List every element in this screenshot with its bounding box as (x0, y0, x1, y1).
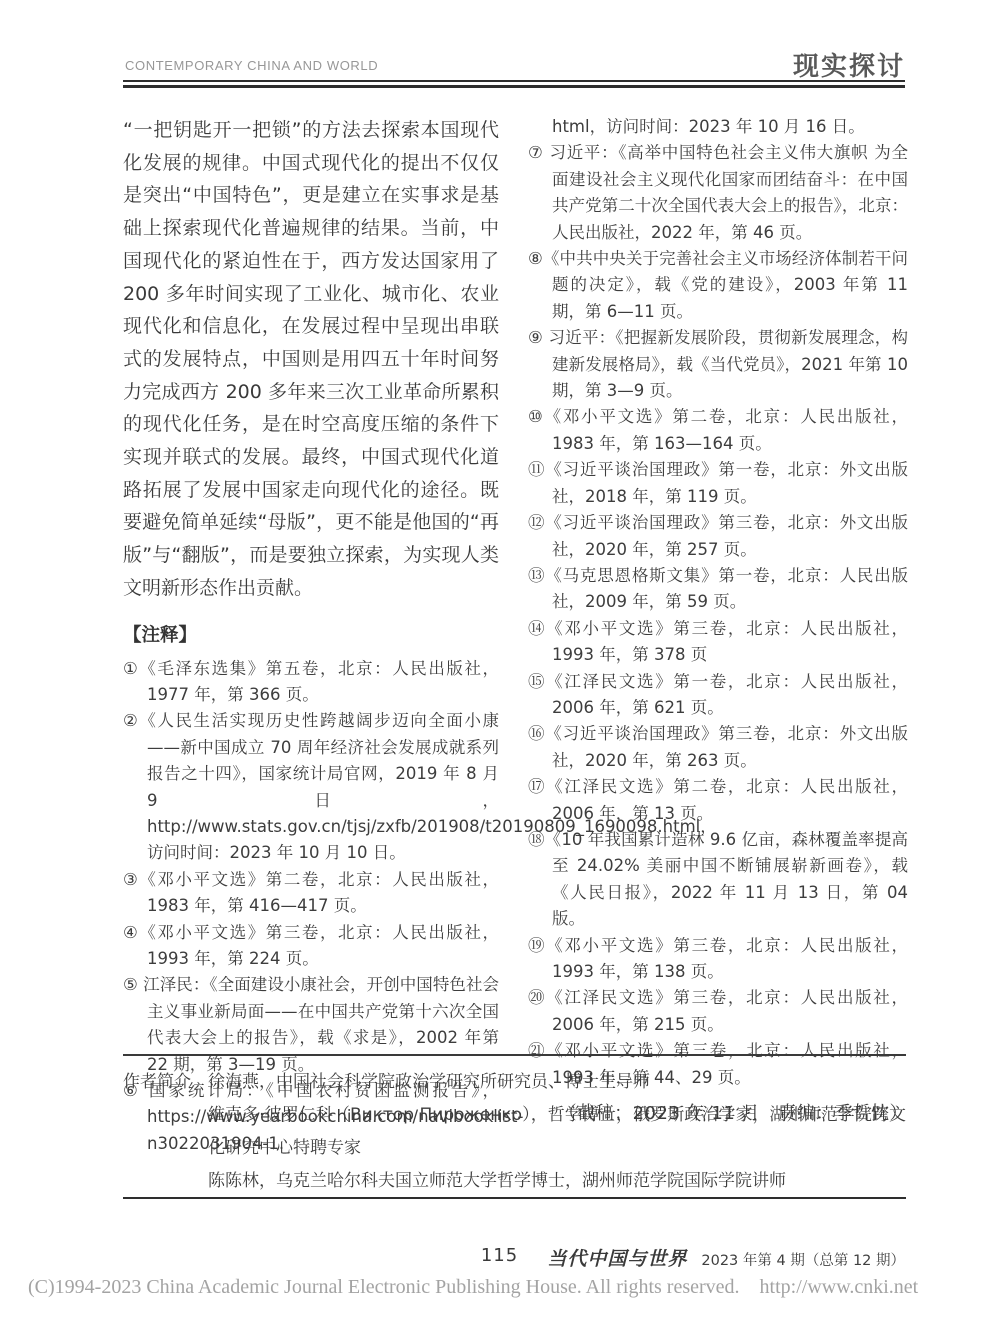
note-item-3: ③《邓小平文选》第二卷，北京：人民出版社，1983 年，第 416—417 页。 (123, 867, 499, 920)
note-item-19: ⑲《邓小平文选》第三卷，北京：人民出版社，1993 年，第 138 页。 (528, 933, 908, 986)
note-item-1: ①《毛泽东选集》第五卷，北京：人民出版社，1977 年，第 366 页。 (123, 656, 499, 709)
note-marker: ① (123, 659, 139, 678)
note-marker: ⑨ (528, 328, 543, 347)
note-marker: ⑦ (528, 143, 544, 162)
section-title-logo: 现实探讨 (793, 46, 905, 83)
note-item-8: ⑧《中共中央关于完善社会主义市场经济体制若干问题的决定》，载《党的建设》，200… (528, 246, 908, 325)
note-item-17: ⑰《江泽民文选》第二卷，北京：人民出版社，2006 年，第 13 页。 (528, 774, 908, 827)
note-text: 《马克思恩格斯文集》第一卷，北京：人民出版社，2009 年，第 59 页。 (545, 566, 908, 611)
journal-name-chinese: 当代中国与世界 (547, 1244, 687, 1271)
note-item-15: ⑮《江泽民文选》第一卷，北京：人民出版社，2006 年，第 621 页。 (528, 669, 908, 722)
note-marker: ⑳ (528, 988, 546, 1007)
note-text: 《邓小平文选》第二卷，北京：人民出版社，1983 年，第 416—417 页。 (139, 870, 499, 915)
note-item-12: ⑫《习近平谈治国理政》第三卷，北京：外文出版社，2020 年，第 257 页。 (528, 510, 908, 563)
left-column: “一把钥匙开一把锁”的方法去探索本国现代化发展的规律。中国式现代化的提出不仅仅是… (123, 114, 499, 1157)
note-text: 习近平：《高举中国特色社会主义伟大旗帜 为全面建设社会主义现代化国家而团结奋斗：… (544, 143, 908, 241)
author-bio-entry-3: 陈陈林，乌克兰哈尔科夫国立师范大学哲学博士，湖州师范学院国际学院讲师 (208, 1165, 906, 1198)
note-item-6-continuation: html，访问时间：2023 年 10 月 16 日。 (528, 114, 908, 140)
note-item-10: ⑩《邓小平文选》第二卷，北京：人民出版社，1983 年，第 163—164 页。 (528, 404, 908, 457)
copyright-line: (C)1994-2023 China Academic Journal Elec… (28, 1270, 968, 1299)
note-marker: ③ (123, 870, 139, 889)
author-bio-entry-2: 维克多·彼罗仁科（Виктор Пироженко），哲学博士，俄罗斯政治学家，… (208, 1099, 906, 1165)
note-item-11: ⑪《习近平谈治国理政》第一卷，北京：外文出版社，2018 年，第 119 页。 (528, 457, 908, 510)
journal-page: CONTEMPORARY CHINA AND WORLD 现实探讨 “一把钥匙开… (0, 0, 999, 1325)
note-item-13: ⑬《马克思恩格斯文集》第一卷，北京：人民出版社，2009 年，第 59 页。 (528, 563, 908, 616)
note-text: 《习近平谈治国理政》第一卷，北京：外文出版社，2018 年，第 119 页。 (545, 460, 908, 505)
note-item-9: ⑨ 习近平：《把握新发展阶段，贯彻新发展理念，构建新发展格局》，载《当代党员》，… (528, 325, 908, 404)
author-bio-label: 作者简介 (123, 1066, 191, 1198)
note-text: 《邓小平文选》第三卷，北京：人民出版社，1993 年，第 378 页 (546, 619, 908, 664)
note-text: 《江泽民文选》第一卷，北京：人民出版社，2006 年，第 621 页。 (546, 672, 908, 717)
note-text: 《邓小平文选》第二卷，北京：人民出版社，1983 年，第 163—164 页。 (545, 407, 908, 452)
note-item-18: ⑱《10 年我国累计造林 9.6 亿亩，森林覆盖率提高至 24.02% 美丽中国… (528, 827, 908, 933)
note-text: 《习近平谈治国理政》第三卷，北京：外文出版社，2020 年，第 263 页。 (545, 724, 908, 769)
note-text: 《毛泽东选集》第五卷，北京：人民出版社，1977 年，第 366 页。 (139, 659, 499, 704)
journal-name-english: CONTEMPORARY CHINA AND WORLD (125, 58, 378, 73)
note-marker: ⑫ (528, 513, 545, 532)
issue-info: 2023 年第 4 期（总第 12 期） (701, 1249, 905, 1270)
main-paragraph: “一把钥匙开一把锁”的方法去探索本国现代化发展的规律。中国式现代化的提出不仅仅是… (123, 114, 499, 605)
note-marker: ⑭ (528, 619, 546, 638)
author-bio-section: 作者简介 徐海燕，中国社会科学院政治学研究所研究员、博士生导师 维克多·彼罗仁科… (123, 1054, 906, 1198)
note-text: 《邓小平文选》第三卷，北京：人民出版社，1993 年，第 138 页。 (546, 936, 908, 981)
bio-bottom-rule (123, 1197, 906, 1199)
note-marker: ⑪ (528, 460, 545, 479)
note-marker: ⑲ (528, 936, 546, 955)
header-divider-rule (123, 80, 905, 88)
note-marker: ⑬ (528, 566, 545, 585)
right-column: html，访问时间：2023 年 10 月 16 日。 ⑦ 习近平：《高举中国特… (528, 114, 908, 1125)
note-marker: ⑧ (528, 249, 543, 268)
footer-journal-info: 当代中国与世界 2023 年第 4 期（总第 12 期） (547, 1244, 905, 1271)
note-marker: ④ (123, 923, 139, 942)
note-marker: ⑮ (528, 672, 546, 691)
note-item-4: ④《邓小平文选》第三卷，北京：人民出版社，1993 年，第 224 页。 (123, 920, 499, 973)
note-item-2: ②《人民生活实现历史性跨越阔步迈向全面小康——新中国成立 70 周年经济社会发展… (123, 708, 499, 866)
note-marker: ⑰ (528, 777, 546, 796)
notes-heading: 【注释】 (123, 621, 499, 647)
note-text: 习近平：《把握新发展阶段，贯彻新发展理念，构建新发展格局》，载《当代党员》，20… (543, 328, 908, 400)
note-item-16: ⑯《习近平谈治国理政》第三卷，北京：外文出版社，2020 年，第 263 页。 (528, 721, 908, 774)
note-item-20: ⑳《江泽民文选》第三卷，北京：人民出版社，2006 年，第 215 页。 (528, 985, 908, 1038)
author-bio-entries: 徐海燕，中国社会科学院政治学研究所研究员、博士生导师 维克多·彼罗仁科（Викт… (208, 1066, 906, 1198)
note-text: 《江泽民文选》第三卷，北京：人民出版社，2006 年，第 215 页。 (546, 988, 908, 1033)
note-marker: ⑱ (528, 830, 545, 849)
note-item-14: ⑭《邓小平文选》第三卷，北京：人民出版社，1993 年，第 378 页 (528, 616, 908, 669)
note-text: 《江泽民文选》第二卷，北京：人民出版社，2006 年，第 13 页。 (546, 777, 908, 822)
author-bio-entry-1: 徐海燕，中国社会科学院政治学研究所研究员、博士生导师 (208, 1066, 906, 1099)
note-item-7: ⑦ 习近平：《高举中国特色社会主义伟大旗帜 为全面建设社会主义现代化国家而团结奋… (528, 140, 908, 246)
note-marker: ② (123, 711, 139, 730)
note-text: 《中共中央关于完善社会主义市场经济体制若干问题的决定》，载《党的建设》，2003… (543, 249, 908, 321)
note-text: 《邓小平文选》第三卷，北京：人民出版社，1993 年，第 224 页。 (139, 923, 499, 968)
note-marker: ⑩ (528, 407, 545, 426)
note-marker: ⑤ (123, 975, 138, 994)
note-marker: ⑯ (528, 724, 545, 743)
note-text: 《习近平谈治国理政》第三卷，北京：外文出版社，2020 年，第 257 页。 (545, 513, 908, 558)
note-text: 《10 年我国累计造林 9.6 亿亩，森林覆盖率提高至 24.02% 美丽中国不… (545, 830, 908, 928)
